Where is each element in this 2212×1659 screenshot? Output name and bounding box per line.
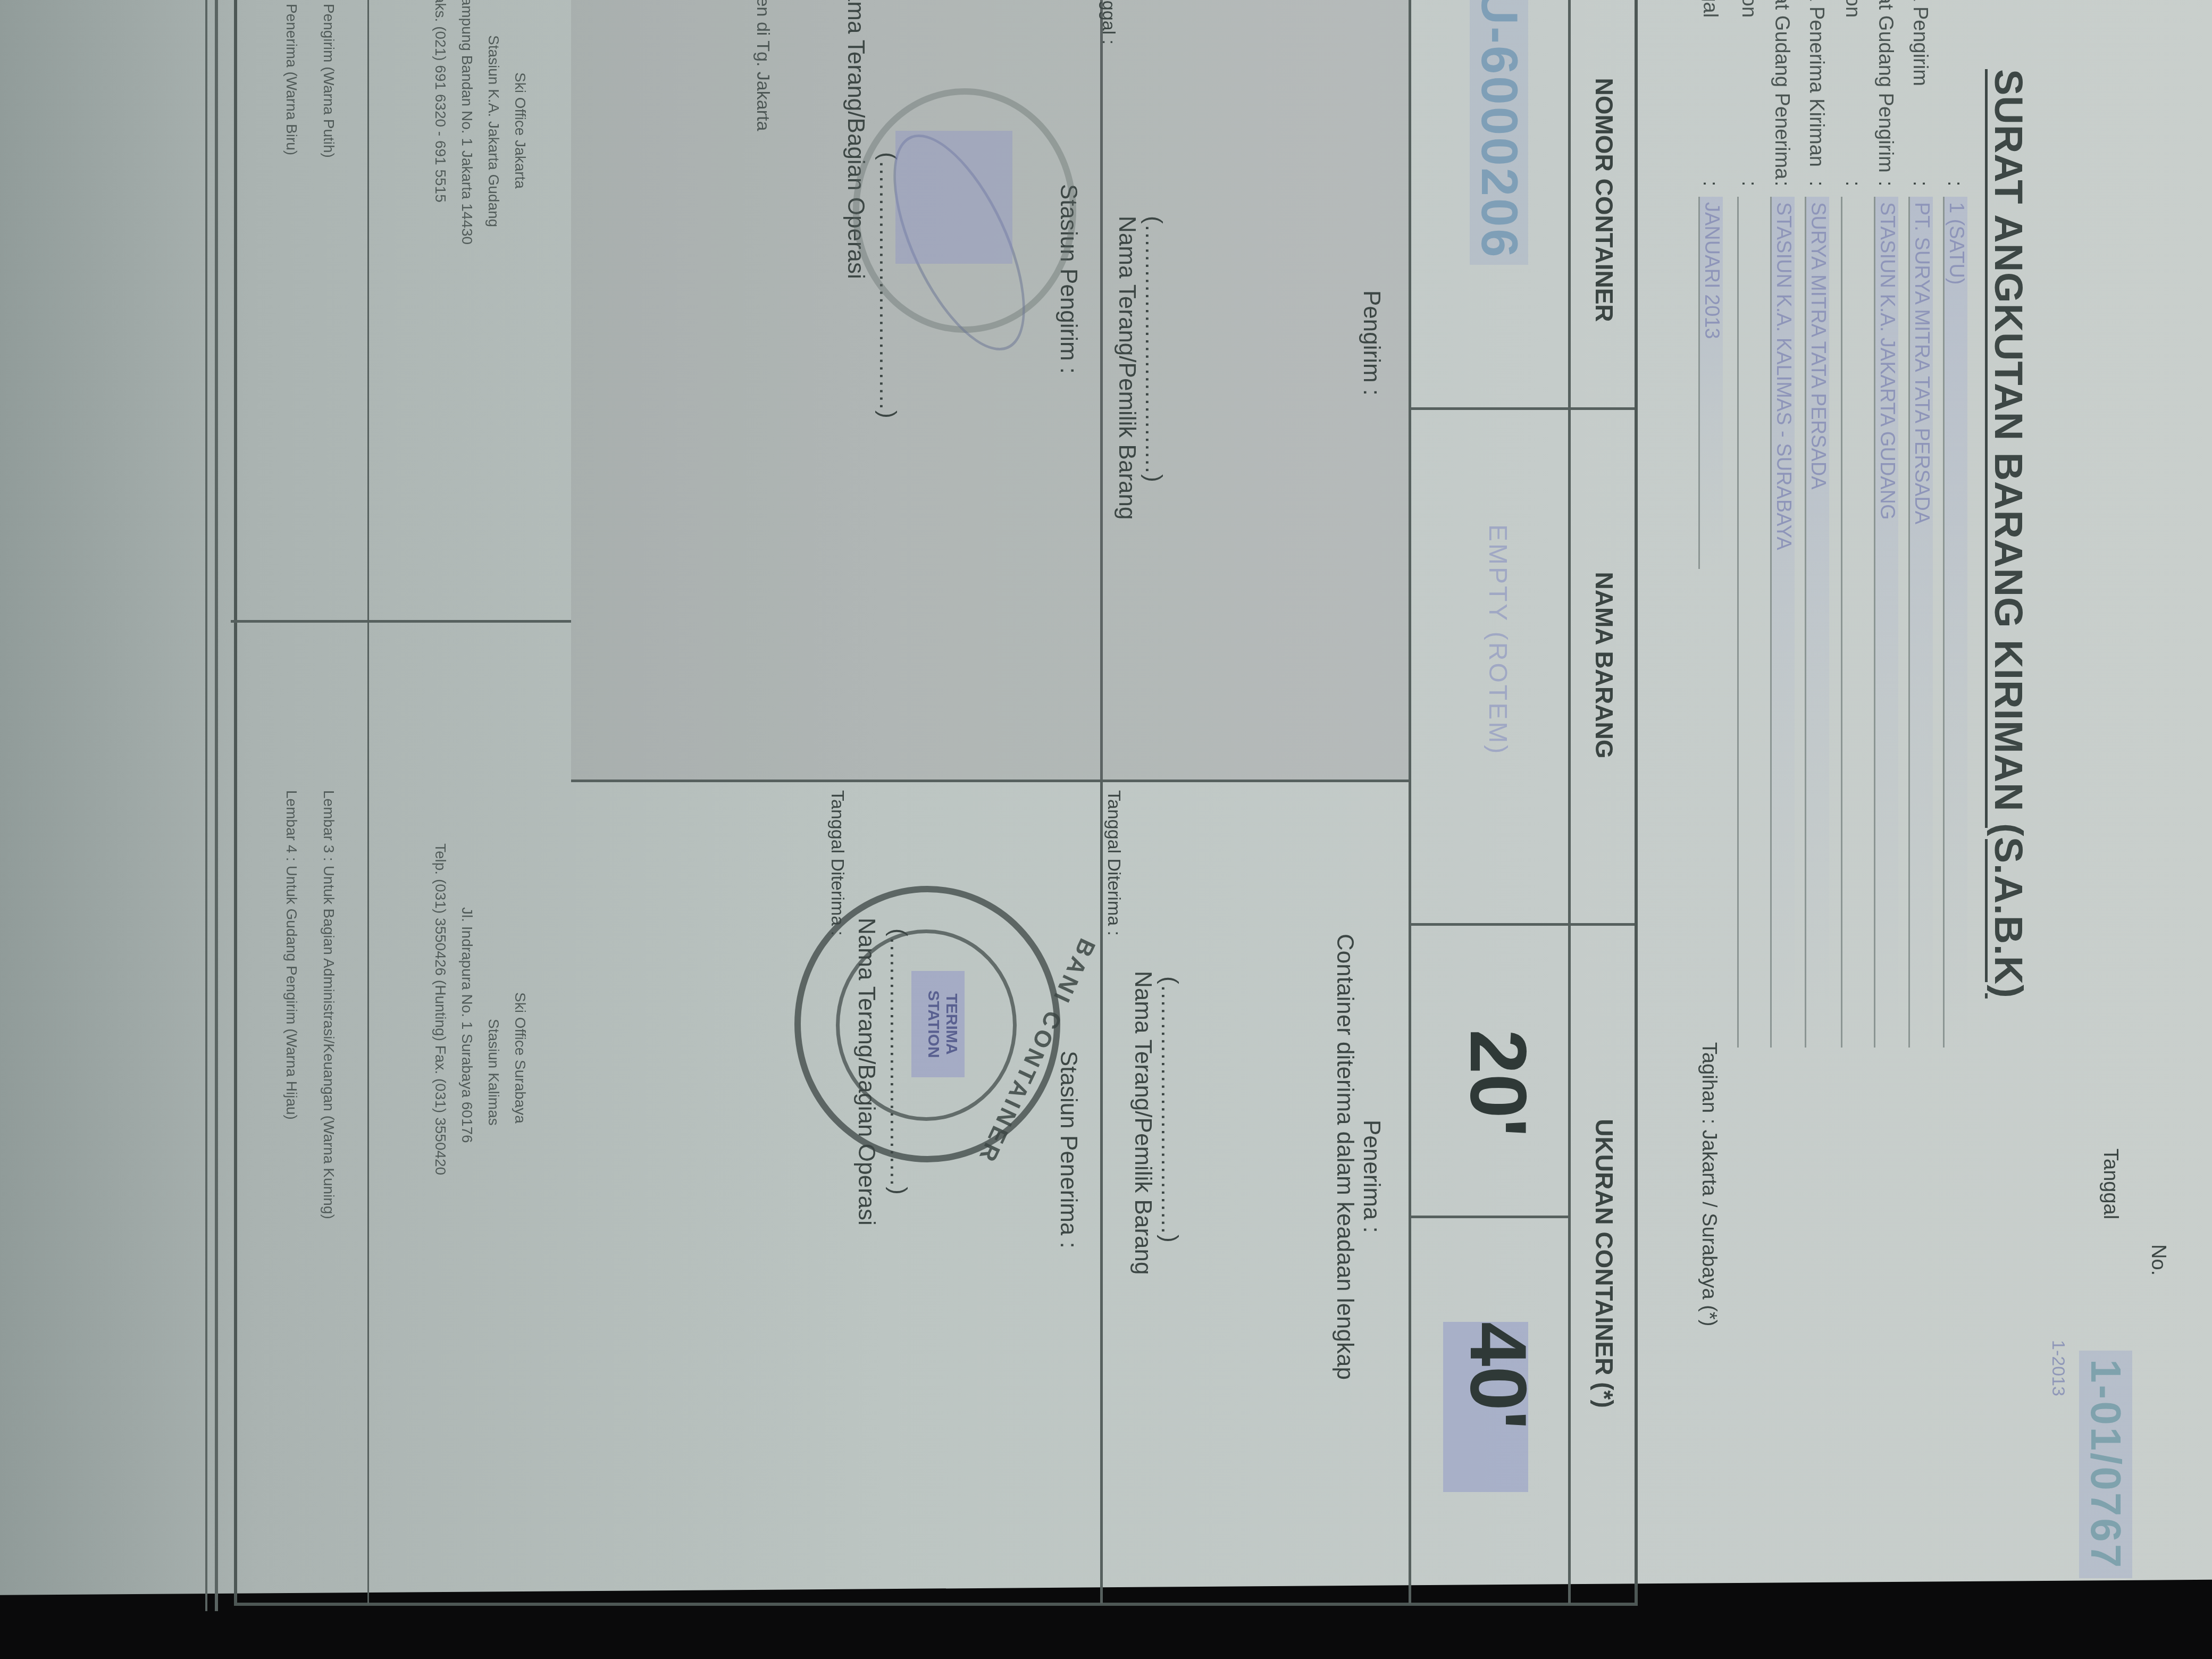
header-goods-name: NAMA BARANG: [1590, 407, 1619, 923]
field-label: Alamat Gudang Penerima: [1770, 0, 1793, 181]
receiver-stamp-box: TERIMA STATION: [911, 971, 965, 1077]
distribution-left-line: Untuk Penerima (Warna Biru): [283, 0, 300, 155]
field-label: Tanggal: [1698, 0, 1721, 181]
document-title: SURAT ANGKUTAN BARANG KIRIMAN (S.A.B.K): [1986, 69, 2031, 999]
distribution-right-line: Lembar 4 : Untuk Gudang Pengirim (Warna …: [283, 790, 300, 1120]
sender-date-label: Tanggal :: [1098, 0, 1119, 45]
receiver-heading: Penerima :: [1358, 1120, 1385, 1233]
sender-owner-bracket: (.................................): [1140, 216, 1167, 483]
field-value: [1841, 197, 1842, 1048]
field-label: Telepon: [1841, 0, 1864, 181]
field-label: Alamat Gudang Pengirim: [1874, 0, 1897, 181]
office-right-line: Stasiun Kalimas: [485, 1019, 502, 1126]
field-row: KOLI: 1 (SATU): [1943, 0, 1967, 1048]
receiver-date-label: Tanggal Diterima :: [1103, 790, 1124, 936]
distribution-right-line: Lembar 3 : Untuk Bagian Administrasi/Keu…: [320, 790, 337, 1219]
sender-stamp-box: [895, 131, 1012, 264]
field-row: Telepon:: [1841, 0, 1864, 1048]
sabk-document: No. Tanggal 1-01/0767 1-2013 SURAT ANGKU…: [21, 0, 2201, 1616]
size-40: 40': [1452, 1322, 1544, 1430]
field-label: Nama Pengirim: [1908, 0, 1931, 181]
office-left-line: Ski Office Jakarta: [512, 72, 529, 189]
sender-heading: Pengirim :: [1358, 290, 1385, 396]
office-left-line: Telp./Faks. (021) 691 6320 - 691 5515: [432, 0, 449, 203]
office-left-line: Kampung Bandan No. 1 Jakarta 14430: [458, 0, 475, 245]
office-right-line: Telp. (031) 3550426 (Hunting) Fax. (031)…: [432, 843, 449, 1175]
photo-frame: No. Tanggal 1-01/0767 1-2013 SURAT ANGKU…: [0, 0, 2212, 1659]
stamped-number: 1-01/0767: [2079, 1351, 2132, 1578]
tagihan-text: Tagihan : Jakarta / Surabaya (*): [1697, 1042, 1720, 1326]
tanggal-label: Tanggal: [2099, 1149, 2122, 1219]
receiver-date2-label: Tanggal Diterima :: [827, 790, 848, 936]
field-row: Alamat Gudang Pengirim: STASIUN K.A. JAK…: [1874, 0, 1898, 1048]
header-container-no: NOMOR CONTAINER: [1590, 0, 1619, 407]
field-label: KOLI: [1943, 0, 1966, 181]
distribution-left-line: Untuk Pengirim (Warna Putih): [320, 0, 337, 158]
no-label: No.: [2147, 1244, 2169, 1276]
office-right-line: Jl. Indrapura No. 1 Surabaya 60176: [458, 907, 475, 1143]
field-label: Telepon: [1737, 0, 1760, 181]
container-number: YTU-6000206: [1470, 0, 1528, 265]
receiver-statement: Container diterima dalam keadaan lengkap: [1331, 934, 1358, 1380]
receiver-owner-label: Nama Terang/Pemilik Barang: [1129, 971, 1156, 1275]
field-row: Telepon:: [1737, 0, 1760, 1048]
sender-stamp-note: Dokumen di Tg. Jakarta: [752, 0, 773, 131]
field-label: Nama Penerima Kiriman: [1805, 0, 1828, 181]
field-row: Tanggal: JANUARI 2013: [1698, 0, 1723, 569]
goods-name: EMPTY (ROTEM): [1483, 524, 1512, 756]
field-value: SURYA MITRA TATA PERSADA: [1805, 197, 1829, 1048]
receiver-station-heading: Stasiun Penerima :: [1055, 1051, 1082, 1249]
field-value: STASIUN K.A. JAKARTA GUDANG: [1874, 197, 1898, 1048]
receiver-owner-bracket: (.................................): [1156, 976, 1183, 1244]
field-value: PT. SURYA MITRA TATA PERSADA: [1908, 197, 1933, 1048]
field-value: 1 (SATU): [1943, 197, 1967, 1048]
field-value: STASIUN K.A. KALIMAS - SURABAYA: [1770, 197, 1795, 1048]
stamped-date: 1-2013: [2048, 1340, 2068, 1396]
size-20: 20': [1452, 1029, 1544, 1137]
field-row: Nama Pengirim: PT. SURYA MITRA TATA PERS…: [1908, 0, 1933, 1048]
field-value: JANUARI 2013: [1698, 197, 1723, 569]
container-table: NOMOR CONTAINER NAMA BARANG UKURAN CONTA…: [234, 0, 1638, 1606]
field-row: Alamat Gudang Penerima: STASIUN K.A. KAL…: [1770, 0, 1795, 1048]
header-container-size: UKURAN CONTAINER (*): [1590, 923, 1619, 1604]
office-right-line: Ski Office Surabaya: [512, 992, 529, 1124]
sender-owner-label: Nama Terang/Pemilik Barang: [1113, 216, 1140, 520]
field-value: [1737, 197, 1739, 1048]
office-left-line: Stasiun K.A. Jakarta Gudang: [485, 35, 502, 227]
field-row: Nama Penerima Kiriman: SURYA MITRA TATA …: [1805, 0, 1829, 1048]
